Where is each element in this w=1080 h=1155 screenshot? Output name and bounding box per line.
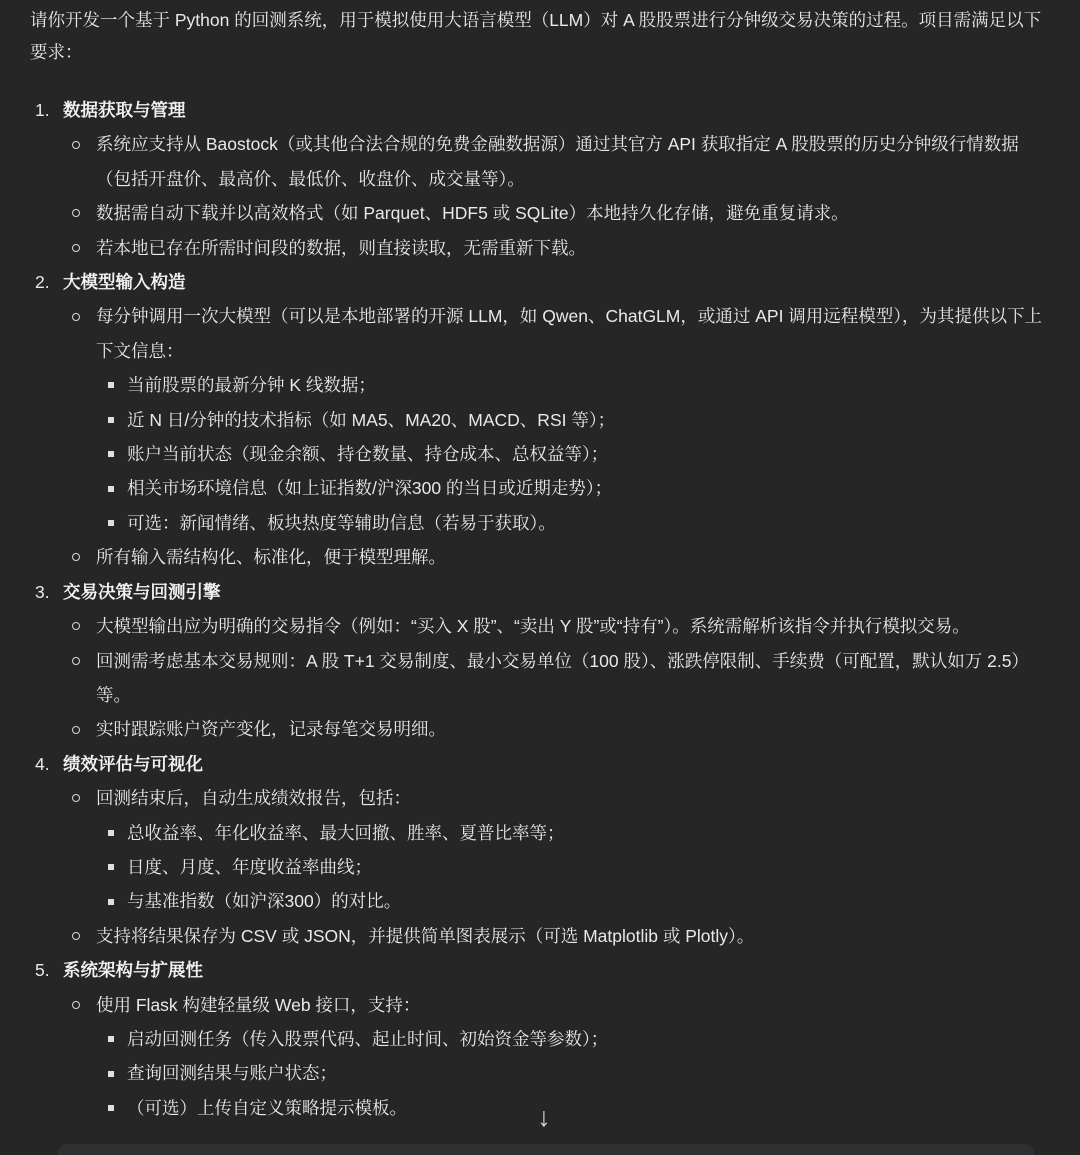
bullet-text: 支持将结果保存为 CSV 或 JSON，并提供简单图表展示（可选 Matplot… (96, 919, 1080, 953)
bullet-item: 系统应支持从 Baostock（或其他合法合规的免费金融数据源）通过其官方 AP… (0, 127, 1080, 196)
numbered-heading: 5.系统架构与扩展性 (0, 953, 1080, 987)
circle-glyph (72, 209, 80, 217)
numbered-heading: 3.交易决策与回测引擎 (0, 575, 1080, 609)
bullet-item: 使用 Flask 构建轻量级 Web 接口，支持： (0, 988, 1080, 1022)
message-content: 请你开发一个基于 Python 的回测系统，用于模拟使用大语言模型（LLM）对 … (0, 0, 1080, 1125)
sub-bullet-text: 当前股票的最新分钟 K 线数据； (127, 368, 1080, 402)
bullet-item: 支持将结果保存为 CSV 或 JSON，并提供简单图表展示（可选 Matplot… (0, 919, 1080, 953)
sub-bullet-text: （可选）上传自定义策略提示模板。 (127, 1091, 1080, 1125)
numbered-heading: 2.大模型输入构造 (0, 265, 1080, 299)
circle-bullet-icon (69, 231, 83, 265)
sub-bullet-item: 总收益率、年化收益率、最大回撤、胜率、夏普比率等； (0, 816, 1080, 850)
composer-input[interactable] (57, 1144, 1035, 1155)
item-number: 3. (35, 575, 63, 609)
sub-bullet-text: 可选：新闻情绪、板块热度等辅助信息（若易于获取）。 (127, 506, 1080, 540)
circle-glyph (72, 622, 80, 630)
sub-bullet-text: 与基准指数（如沪深300）的对比。 (127, 884, 1080, 918)
bullet-item: 大模型输出应为明确的交易指令（例如：“买入 X 股”、“卖出 Y 股”或“持有”… (0, 609, 1080, 643)
sub-bullet-text: 总收益率、年化收益率、最大回撤、胜率、夏普比率等； (127, 816, 1080, 850)
item-number: 4. (35, 747, 63, 781)
sub-bullet-item: 当前股票的最新分钟 K 线数据； (0, 368, 1080, 402)
numbered-heading: 1.数据获取与管理 (0, 93, 1080, 127)
sub-bullet-text: 启动回测任务（传入股票代码、起止时间、初始资金等参数）； (127, 1022, 1080, 1056)
circle-glyph (72, 1001, 80, 1009)
square-glyph (108, 830, 114, 836)
circle-glyph (72, 726, 80, 734)
circle-glyph (72, 244, 80, 252)
bullet-text: 大模型输出应为明确的交易指令（例如：“买入 X 股”、“卖出 Y 股”或“持有”… (96, 609, 1080, 643)
bullet-item: 回测结束后，自动生成绩效报告，包括： (0, 781, 1080, 815)
square-bullet-icon (104, 884, 118, 918)
square-bullet-icon (104, 403, 118, 437)
square-glyph (108, 382, 114, 388)
square-glyph (108, 417, 114, 423)
sub-bullet-item: 可选：新闻情绪、板块热度等辅助信息（若易于获取）。 (0, 506, 1080, 540)
square-bullet-icon (104, 816, 118, 850)
square-bullet-icon (104, 1056, 118, 1090)
square-bullet-icon (104, 1091, 118, 1125)
circle-bullet-icon (69, 644, 83, 678)
bullet-item: 回测需考虑基本交易规则：A 股 T+1 交易制度、最小交易单位（100 股）、涨… (0, 644, 1080, 713)
bullet-text: 若本地已存在所需时间段的数据，则直接读取，无需重新下载。 (96, 231, 1080, 265)
arrow-down-icon: ↓ (537, 1102, 551, 1132)
circle-bullet-icon (69, 196, 83, 230)
circle-bullet-icon (69, 609, 83, 643)
sub-bullet-text: 近 N 日/分钟的技术指标（如 MA5、MA20、MACD、RSI 等）； (127, 403, 1080, 437)
bullet-text: 回测需考虑基本交易规则：A 股 T+1 交易制度、最小交易单位（100 股）、涨… (96, 644, 1080, 713)
bullet-item: 实时跟踪账户资产变化，记录每笔交易明细。 (0, 712, 1080, 746)
sub-bullet-text: 日度、月度、年度收益率曲线； (127, 850, 1080, 884)
square-glyph (108, 486, 114, 492)
circle-glyph (72, 141, 80, 149)
circle-glyph (72, 794, 80, 802)
sub-bullet-text: 账户当前状态（现金余额、持仓数量、持仓成本、总权益等）； (127, 437, 1080, 471)
requirements-list: 1.数据获取与管理系统应支持从 Baostock（或其他合法合规的免费金融数据源… (0, 93, 1080, 1125)
square-bullet-icon (104, 506, 118, 540)
bullet-text: 数据需自动下载并以高效格式（如 Parquet、HDF5 或 SQLite）本地… (96, 196, 1080, 230)
intro-paragraph: 请你开发一个基于 Python 的回测系统，用于模拟使用大语言模型（LLM）对 … (0, 4, 1080, 68)
bullet-text: 实时跟踪账户资产变化，记录每笔交易明细。 (96, 712, 1080, 746)
numbered-heading: 4.绩效评估与可视化 (0, 747, 1080, 781)
square-glyph (108, 1105, 114, 1111)
item-number: 5. (35, 953, 63, 987)
item-title: 绩效评估与可视化 (63, 747, 203, 781)
square-glyph (108, 1071, 114, 1077)
square-bullet-icon (104, 471, 118, 505)
item-number: 1. (35, 93, 63, 127)
square-glyph (108, 520, 114, 526)
scroll-down-button[interactable]: ↓ (528, 1097, 560, 1137)
circle-bullet-icon (69, 712, 83, 746)
circle-bullet-icon (69, 919, 83, 953)
square-bullet-icon (104, 1022, 118, 1056)
circle-bullet-icon (69, 781, 83, 815)
bullet-text: 回测结束后，自动生成绩效报告，包括： (96, 781, 1080, 815)
bullet-item: 所有输入需结构化、标准化，便于模型理解。 (0, 540, 1080, 574)
bullet-text: 使用 Flask 构建轻量级 Web 接口，支持： (96, 988, 1080, 1022)
square-bullet-icon (104, 437, 118, 471)
circle-bullet-icon (69, 127, 83, 161)
item-title: 系统架构与扩展性 (63, 953, 203, 987)
circle-glyph (72, 553, 80, 561)
circle-glyph (72, 657, 80, 665)
bullet-text: 系统应支持从 Baostock（或其他合法合规的免费金融数据源）通过其官方 AP… (96, 127, 1080, 196)
sub-bullet-item: 启动回测任务（传入股票代码、起止时间、初始资金等参数）； (0, 1022, 1080, 1056)
item-title: 数据获取与管理 (63, 93, 186, 127)
bullet-item: 若本地已存在所需时间段的数据，则直接读取，无需重新下载。 (0, 231, 1080, 265)
bullet-item: 每分钟调用一次大模型（可以是本地部署的开源 LLM，如 Qwen、ChatGLM… (0, 299, 1080, 368)
square-glyph (108, 451, 114, 457)
item-title: 交易决策与回测引擎 (63, 575, 221, 609)
circle-bullet-icon (69, 540, 83, 574)
circle-bullet-icon (69, 988, 83, 1022)
sub-bullet-text: 查询回测结果与账户状态； (127, 1056, 1080, 1090)
sub-bullet-item: 查询回测结果与账户状态； (0, 1056, 1080, 1090)
square-glyph (108, 864, 114, 870)
square-bullet-icon (104, 368, 118, 402)
circle-glyph (72, 313, 80, 321)
circle-bullet-icon (69, 299, 83, 333)
square-bullet-icon (104, 850, 118, 884)
circle-glyph (72, 932, 80, 940)
bullet-text: 所有输入需结构化、标准化，便于模型理解。 (96, 540, 1080, 574)
bullet-item: 数据需自动下载并以高效格式（如 Parquet、HDF5 或 SQLite）本地… (0, 196, 1080, 230)
bullet-text: 每分钟调用一次大模型（可以是本地部署的开源 LLM，如 Qwen、ChatGLM… (96, 299, 1080, 368)
sub-bullet-item: 账户当前状态（现金余额、持仓数量、持仓成本、总权益等）； (0, 437, 1080, 471)
sub-bullet-text: 相关市场环境信息（如上证指数/沪深300 的当日或近期走势）； (127, 471, 1080, 505)
sub-bullet-item: 近 N 日/分钟的技术指标（如 MA5、MA20、MACD、RSI 等）； (0, 403, 1080, 437)
item-number: 2. (35, 265, 63, 299)
square-glyph (108, 899, 114, 905)
sub-bullet-item: 相关市场环境信息（如上证指数/沪深300 的当日或近期走势）； (0, 471, 1080, 505)
item-title: 大模型输入构造 (63, 265, 186, 299)
sub-bullet-item: 日度、月度、年度收益率曲线； (0, 850, 1080, 884)
square-glyph (108, 1036, 114, 1042)
sub-bullet-item: 与基准指数（如沪深300）的对比。 (0, 884, 1080, 918)
